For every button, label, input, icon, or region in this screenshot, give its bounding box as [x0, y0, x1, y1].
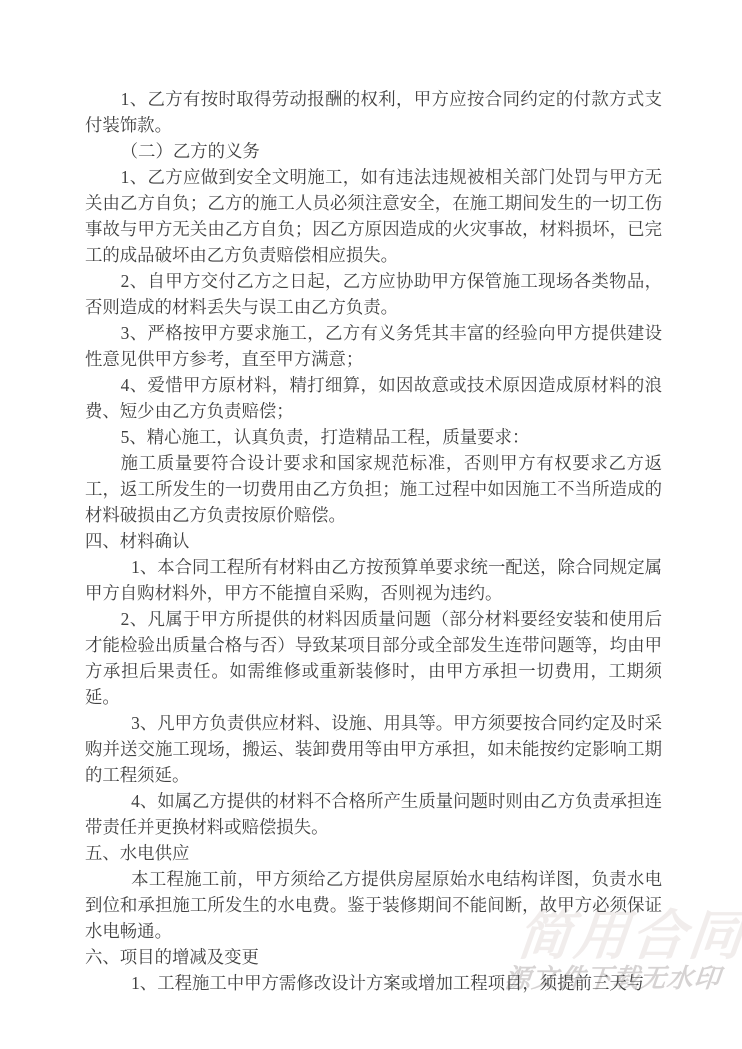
paragraph: 1、工程施工中甲方需修改设计方案或增加工程项目，须提前三天与 [85, 970, 662, 996]
paragraph: 4、如属乙方提供的材料不合格所产生质量问题时则由乙方负责承担连带责任并更换材料或… [85, 788, 662, 840]
paragraph: 4、爱惜甲方原材料，精打细算，如因故意或技术原因造成原材料的浪费、短少由乙方负责… [85, 372, 662, 424]
contract-page: 简用合同 源文件下载无水印 1、乙方有按时取得劳动报酬的权利，甲方应按合同约定的… [0, 0, 742, 1049]
paragraph: 5、精心施工，认真负责，打造精品工程，质量要求： [85, 424, 662, 450]
paragraph: （二）乙方的义务 [85, 138, 662, 164]
document-body: 1、乙方有按时取得劳动报酬的权利，甲方应按合同约定的付款方式支付装饰款。（二）乙… [85, 86, 662, 996]
paragraph: 六、项目的增减及变更 [85, 944, 662, 970]
paragraph: 1、乙方应做到安全文明施工，如有违法违规被相关部门处罚与甲方无关由乙方自负；乙方… [85, 164, 662, 268]
paragraph: 本工程施工前，甲方须给乙方提供房屋原始水电结构详图，负责水电到位和承担施工所发生… [85, 866, 662, 944]
paragraph: 2、凡属于甲方所提供的材料因质量问题（部分材料要经安装和使用后才能检验出质量合格… [85, 606, 662, 710]
paragraph: 3、严格按甲方要求施工，乙方有义务凭其丰富的经验向甲方提供建设性意见供甲方参考，… [85, 320, 662, 372]
paragraph: 施工质量要符合设计要求和国家规范标准，否则甲方有权要求乙方返工，返工所发生的一切… [85, 450, 662, 528]
paragraph: 1、乙方有按时取得劳动报酬的权利，甲方应按合同约定的付款方式支付装饰款。 [85, 86, 662, 138]
paragraph: 2、自甲方交付乙方之日起，乙方应协助甲方保管施工现场各类物品，否则造成的材料丢失… [85, 268, 662, 320]
paragraph: 四、材料确认 [85, 528, 662, 554]
paragraph: 1、本合同工程所有材料由乙方按预算单要求统一配送，除合同规定属甲方自购材料外，甲… [85, 554, 662, 606]
paragraph: 3、凡甲方负责供应材料、设施、用具等。甲方须要按合同约定及时采购并送交施工现场，… [85, 710, 662, 788]
paragraph: 五、水电供应 [85, 840, 662, 866]
